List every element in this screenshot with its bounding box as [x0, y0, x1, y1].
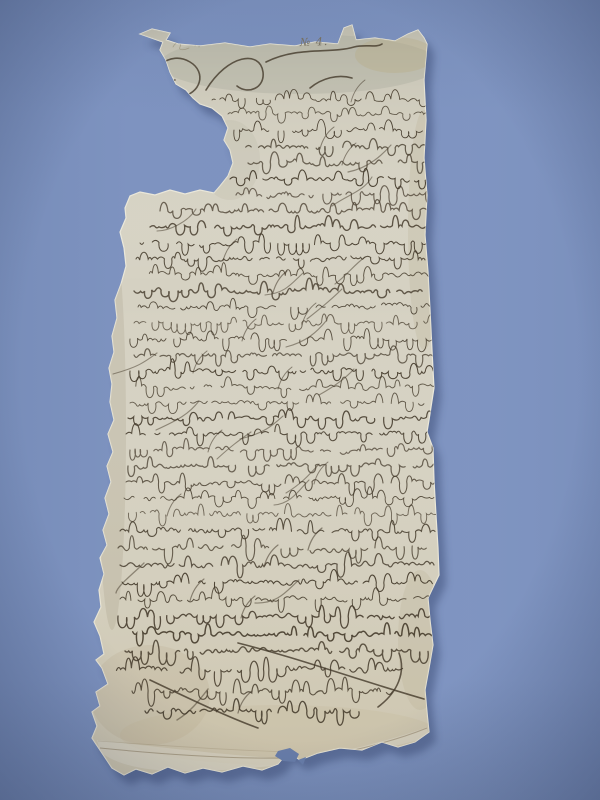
photo-frame: № 4. [0, 0, 600, 800]
vignette-overlay [0, 0, 600, 800]
manuscript-photo: № 4. [0, 0, 600, 800]
